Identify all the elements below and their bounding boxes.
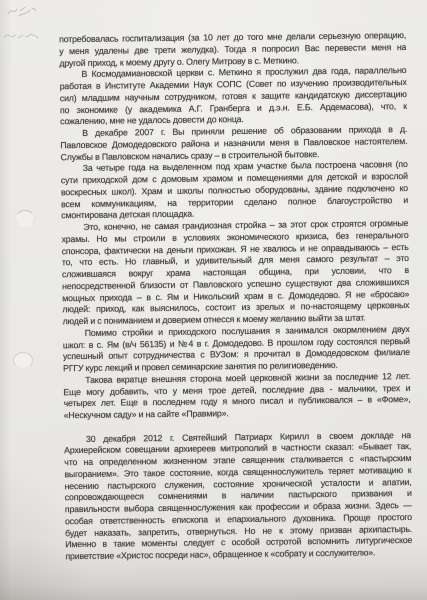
pencil-mark-icon xyxy=(5,2,39,20)
punch-hole xyxy=(13,352,33,369)
paragraph: В Космодамиановской церкви с. Меткино я … xyxy=(59,65,407,128)
paragraph: В декабре 2007 г. Вы приняли решение об … xyxy=(60,124,407,163)
paragraph: 30 декабря 2012 г. Святейший Патриарх Ки… xyxy=(64,429,413,562)
document-text: потребовалась госпитализация (за 10 лет … xyxy=(59,30,412,563)
pencil-mark-icon xyxy=(2,27,40,45)
punch-hole xyxy=(15,210,35,227)
paragraph: За четыре года на выделенном под храм уч… xyxy=(61,159,409,222)
paragraph: потребовалась госпитализация (за 10 лет … xyxy=(59,30,406,69)
scanned-page: потребовалась госпитализация (за 10 лет … xyxy=(0,0,427,600)
paragraph: Помимо стройки и приходского послушания … xyxy=(63,324,411,375)
paragraph: Такова вкратце внешняя сторона моей церк… xyxy=(63,371,411,422)
paragraph: Это, конечно, не самая грандиозная строй… xyxy=(61,218,409,328)
